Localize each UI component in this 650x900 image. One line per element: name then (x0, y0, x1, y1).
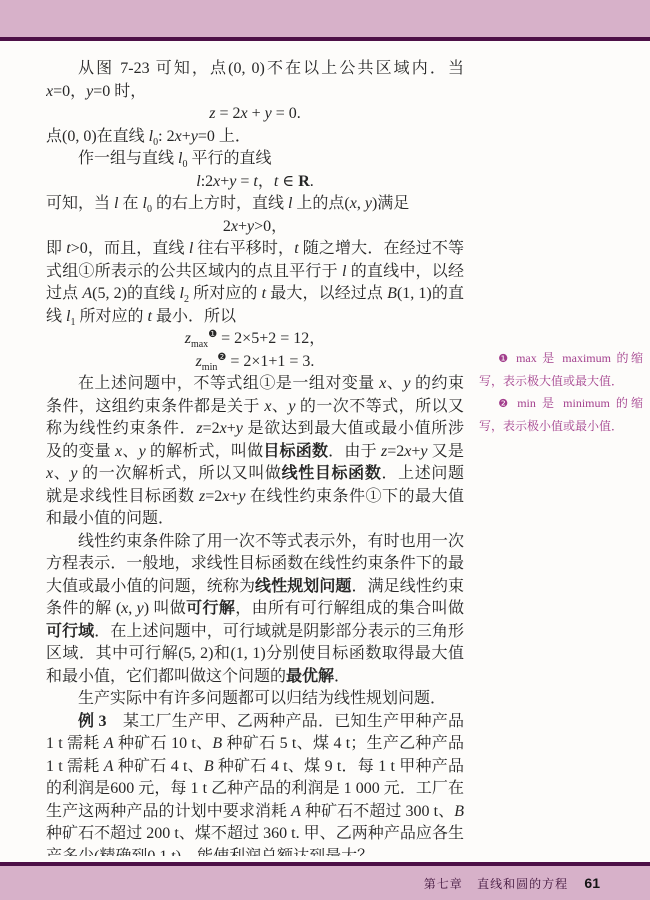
text-segment: x (175, 128, 182, 145)
text-segment: , (357, 195, 365, 212)
text-segment: 的右上方时，直线 (152, 195, 288, 212)
formula-line: 2x+y>0， (46, 216, 464, 239)
text-segment: 线性目标函数 (282, 465, 382, 482)
text-segment: 最大，以经过点 (266, 285, 387, 302)
text-segment: 所对应的 (189, 285, 262, 302)
text-segment: 从图 7-23 可知，点(0, 0)不在以上公共区域内．当 (78, 60, 464, 77)
text-segment: + (227, 420, 236, 437)
text-segment: 平行的直线 (187, 150, 271, 167)
text-segment: = 2 (215, 105, 240, 122)
text-segment: 的一次解析式，所以又叫做 (77, 465, 281, 482)
margin-note: ❷ min 是 minimum 的缩写，表示极小值或最小值． (479, 392, 643, 437)
text-segment: y (137, 600, 144, 617)
text-segment: 的解析式，叫做 (146, 443, 264, 460)
text-segment: = 0. (272, 105, 301, 122)
text-segment: + (220, 173, 229, 190)
footer-title: 直线和圆的方程 (477, 877, 568, 891)
text-segment: ❷ (498, 398, 511, 410)
text-segment: ．由于 (328, 443, 381, 460)
text-segment: >0，而且，直线 (71, 240, 189, 257)
text-segment: x (231, 218, 238, 235)
paragraph: 例 3 某工厂生产甲、乙两种产品．已知生产甲种产品 1 t 需耗 A 种矿石 1… (46, 711, 464, 857)
text-segment: min (202, 362, 218, 373)
text-segment: =2 (205, 488, 222, 505)
text-segment: B (387, 285, 397, 302)
text-segment: 作一组与直线 (78, 150, 178, 167)
text-segment: : 2 (158, 128, 174, 145)
margin-note: ❶ max 是 maximum 的缩写，表示极大值或最大值． (479, 347, 643, 392)
text-segment: =0， (53, 83, 86, 100)
text-segment: )满足 (372, 195, 409, 212)
text-segment: = 2×5+2 = 12， (217, 330, 325, 347)
text-segment: ． (334, 668, 350, 685)
text-segment: 点(0, 0)在直线 (46, 128, 149, 145)
paragraph: 点(0, 0)在直线 l0: 2x+y=0 上． (46, 126, 464, 149)
text-segment: ， (258, 173, 274, 190)
paragraph: 可知，当 l 在 l0 的右上方时，直线 l 上的点(x, y)满足 (46, 193, 464, 216)
main-text-column: 从图 7-23 可知，点(0, 0)不在以上公共区域内．当 x=0，y=0 时，… (46, 58, 464, 856)
text-segment: y (265, 105, 272, 122)
footer: 第七章 直线和圆的方程 61 (424, 875, 600, 892)
text-segment: y (420, 443, 427, 460)
text-segment: 种矿石不超过 200 t、煤不超过 360 t. 甲、乙两种产品应各生产多少(精… (46, 825, 464, 856)
text-segment: 目标函数 (263, 443, 328, 460)
text-segment: ❷ (217, 352, 226, 363)
text-segment: 种矿石不超过 300 t、 (301, 803, 454, 820)
text-segment: 往右平移时， (193, 240, 294, 257)
text-segment: ∈ (278, 173, 298, 190)
text-segment: =0 上． (198, 128, 251, 145)
text-segment: 又是 (428, 443, 464, 460)
text-segment: B (454, 803, 464, 820)
text-segment: , (128, 600, 136, 617)
text-segment: x (220, 420, 227, 437)
text-segment: 最小．所以 (152, 308, 236, 325)
text-segment: A (82, 285, 92, 302)
formula-line: zmin❷ = 2×1+1 = 3. (46, 351, 464, 374)
text-segment: 即 (46, 240, 66, 257)
text-segment: 上的点( (292, 195, 349, 212)
paragraph: 线性约束条件除了用一次不等式表示外，有时也用一次方程表示．一般地，求线性目标函数… (46, 531, 464, 689)
text-segment: x (240, 105, 247, 122)
text-segment: 所对应的 (75, 308, 147, 325)
text-segment: ❶ (208, 329, 217, 340)
text-segment: 种矿石 10 t、 (114, 735, 213, 752)
text-segment: =2 (387, 443, 404, 460)
text-segment: 、 (53, 465, 70, 482)
text-segment: + (182, 128, 191, 145)
text-segment: 种矿石 4 t、 (113, 758, 203, 775)
paragraph: 生产实际中有许多问题都可以归结为线性规划问题． (46, 688, 464, 711)
text-segment: 生产实际中有许多问题都可以归结为线性规划问题． (78, 690, 446, 707)
text-segment: = 2×1+1 = 3. (226, 353, 314, 370)
text-segment: >0， (254, 218, 287, 235)
text-segment: ．在上述问题中，可行域就是阴影部分表示的三角形区域．其中可行解(5, 2)和(1… (46, 623, 464, 685)
margin-notes: ❶ max 是 maximum 的缩写，表示极大值或最大值．❷ min 是 mi… (479, 347, 643, 437)
text-segment: B (204, 758, 214, 775)
text-segment: 在 (118, 195, 142, 212)
text-segment: 可行域 (46, 623, 94, 640)
text-segment: B (212, 735, 222, 752)
text-segment: y (191, 128, 198, 145)
text-segment: R (298, 173, 310, 190)
paragraph: 在上述问题中，不等式组①是一组对变量 x、y 的约束条件，这组约束条件都是关于 … (46, 373, 464, 531)
textbook-page: 从图 7-23 可知，点(0, 0)不在以上公共区域内．当 x=0，y=0 时，… (0, 0, 650, 900)
top-banner (0, 0, 650, 41)
bottom-banner: 第七章 直线和圆的方程 61 (0, 862, 650, 900)
text-segment: y (403, 375, 410, 392)
text-segment: 可知，当 (46, 195, 114, 212)
text-segment: 2 (223, 218, 231, 235)
text-segment: y (238, 488, 245, 505)
text-segment: 、 (122, 443, 138, 460)
text-segment: A (104, 735, 114, 752)
text-segment: . (310, 173, 314, 190)
text-segment: =0 时， (93, 83, 146, 100)
formula-line: l:2x+y = t，t ∈ R. (46, 171, 464, 194)
text-segment: 、 (271, 398, 288, 415)
paragraph: 作一组与直线 l0 平行的直线 (46, 148, 464, 171)
text-segment: y (365, 195, 372, 212)
formula-line: z = 2x + y = 0. (46, 103, 464, 126)
text-segment: ，由所有可行解组成的集合叫做 (235, 600, 464, 617)
text-segment: (5, 2)的直线 (92, 285, 179, 302)
text-segment: :2 (201, 173, 213, 190)
text-segment: A (291, 803, 301, 820)
text-segment: + (248, 105, 265, 122)
text-segment: 线性规划问题 (255, 578, 351, 595)
text-segment: + (238, 218, 247, 235)
text-segment: ❶ (498, 353, 510, 365)
text-segment: 、 (386, 375, 403, 392)
text-segment: 最优解 (286, 668, 334, 685)
text-segment: A (104, 758, 114, 775)
text-segment: y (139, 443, 146, 460)
text-segment: 可行解 (186, 600, 235, 617)
text-segment: =2 (203, 420, 220, 437)
text-segment: max (191, 339, 208, 350)
footer-page-number: 61 (584, 875, 600, 891)
footer-chapter: 第七章 (424, 877, 463, 891)
text-segment: 在上述问题中，不等式组①是一组对变量 (78, 375, 379, 392)
text-segment: 例 3 (78, 713, 107, 730)
text-segment: y (236, 420, 243, 437)
paragraph: 从图 7-23 可知，点(0, 0)不在以上公共区域内．当 x=0，y=0 时， (46, 58, 464, 103)
text-segment: x (350, 195, 357, 212)
text-segment: = (236, 173, 253, 190)
formula-line: zmax❶ = 2×5+2 = 12， (46, 328, 464, 351)
text-segment: ) 叫做 (144, 600, 186, 617)
paragraph: 即 t>0，而且，直线 l 往右平移时，t 随之增大．在经过不等式组①所表示的公… (46, 238, 464, 328)
